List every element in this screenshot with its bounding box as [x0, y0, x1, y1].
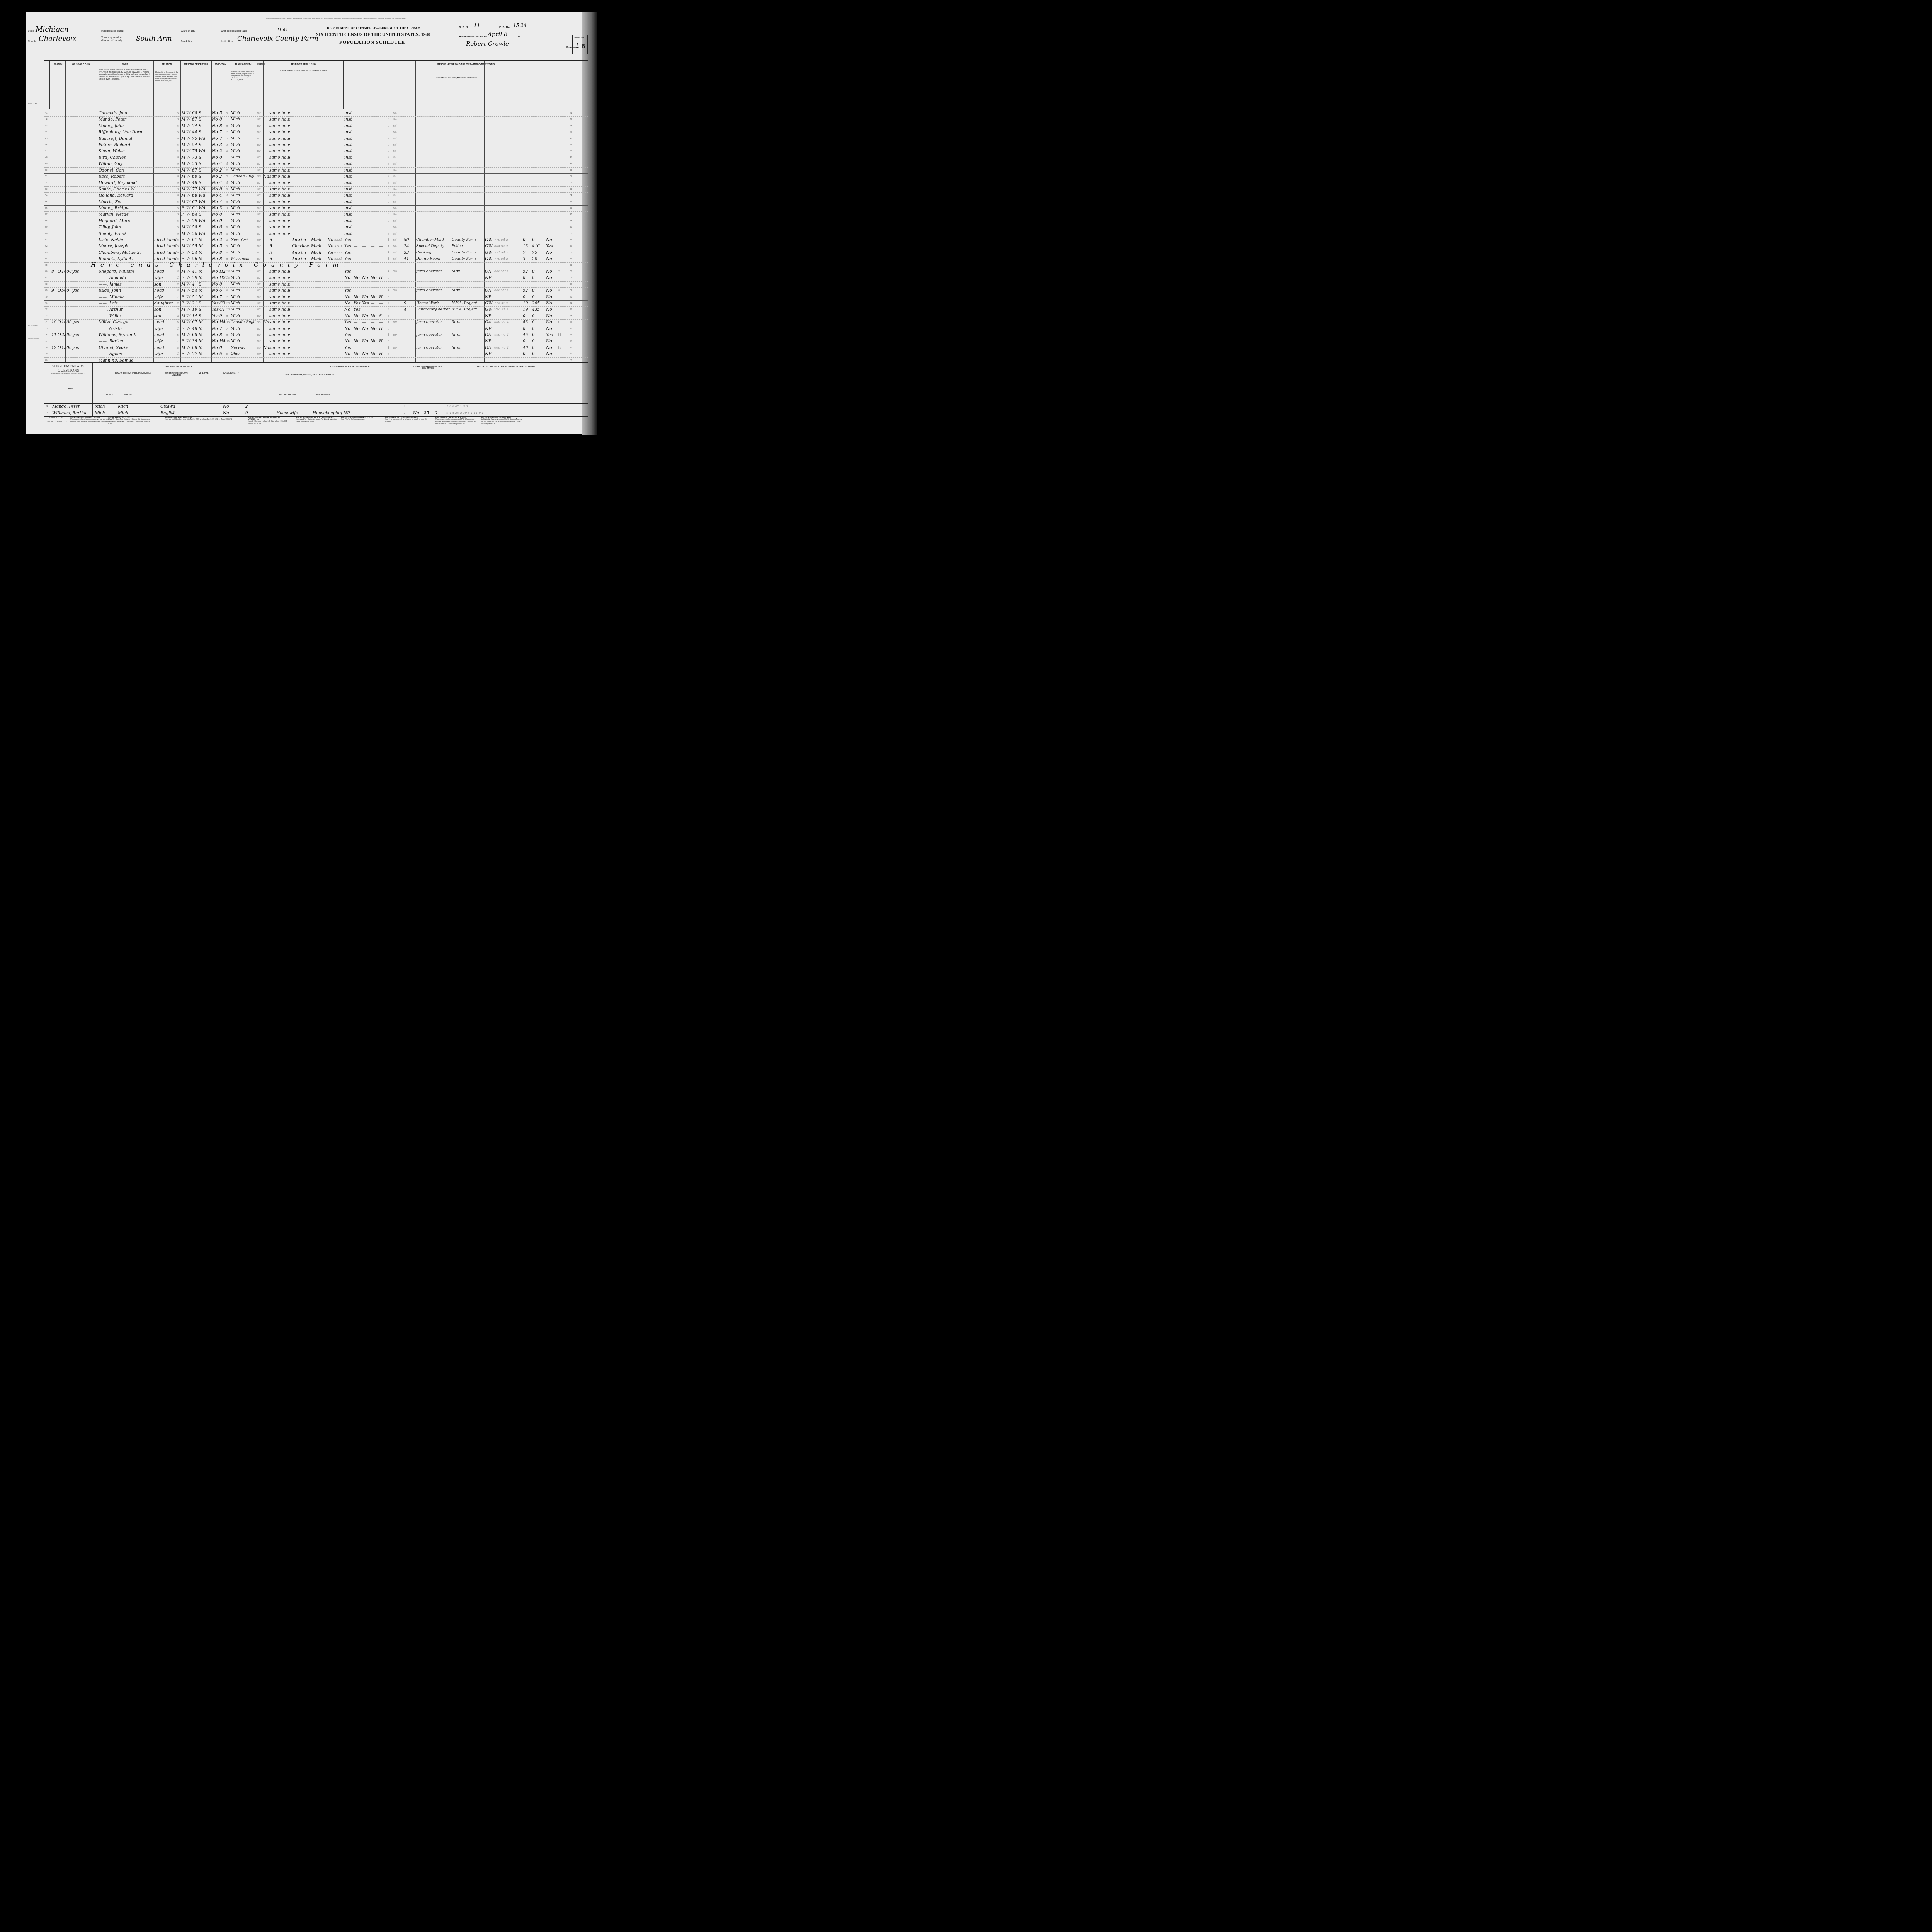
at-work: inst: [344, 155, 353, 161]
code-b: 8: [226, 313, 230, 319]
code-a: 9: [177, 186, 180, 192]
age: 61: [192, 237, 198, 243]
weeks-worked: [523, 192, 531, 199]
code-e: 9: [388, 136, 391, 142]
supp-social-security: No: [223, 403, 231, 410]
weeks-worked: 0: [523, 275, 531, 281]
citizenship: Na: [263, 173, 269, 180]
line-number-right: 65: [570, 262, 576, 269]
code-c: 55: [257, 173, 262, 180]
grade-completed: 7: [219, 326, 226, 332]
residence-city: R: [269, 237, 290, 243]
class-of-worker: GW: [485, 300, 493, 306]
relation: [154, 136, 177, 142]
farm-schedule: 11: [558, 332, 565, 338]
activity-code: [379, 262, 387, 269]
seeking-work: [362, 148, 370, 154]
line-number-right: 47: [570, 148, 576, 154]
note-body: Enter age of children born on or after A…: [165, 418, 242, 420]
at-work: Yes: [344, 250, 353, 256]
person-name: Chambers, Mattie S.: [99, 250, 153, 256]
activity-code: H: [379, 338, 387, 344]
grade-completed: 6: [219, 287, 226, 294]
code-d: X501: [334, 243, 344, 249]
farm-residence: [72, 142, 79, 148]
emergency-work: No: [354, 326, 361, 332]
residence-county: [292, 306, 310, 313]
line-number: 73: [45, 313, 50, 319]
occupation: [416, 110, 451, 116]
table-row: 79——, Agneswife1FW77MNo66Ohio59same hous…: [44, 351, 588, 357]
sex: M: [181, 332, 186, 338]
relation: [154, 205, 177, 211]
code-b: 7: [226, 326, 230, 332]
sex: M: [181, 180, 186, 186]
farm-residence: yes: [72, 319, 79, 325]
code-d: [334, 218, 344, 224]
code-d: [334, 136, 344, 142]
occupation-code: [494, 211, 521, 218]
weeks-worked: [523, 110, 531, 116]
race: W: [186, 173, 192, 180]
sheet-number-box: Sheet No. 1 B: [572, 35, 588, 54]
table-row: 68——, Jamesson2MW4SNo0Mich62same house68: [44, 281, 588, 287]
residence-state: [311, 275, 327, 281]
has-job: [371, 129, 378, 135]
activity-code: S: [379, 313, 387, 319]
school-attendance: No: [212, 294, 219, 300]
supp-class-of-worker: [344, 403, 352, 410]
weeks-seeking: [404, 224, 413, 230]
code-d: [334, 287, 344, 294]
age: 67: [192, 167, 198, 173]
table-row: 7611O2800yesWilliams, Myron J.head0MW68M…: [44, 332, 588, 338]
code-e: 1: [388, 243, 391, 249]
class-of-worker: [485, 262, 493, 269]
home-value: [61, 250, 72, 256]
line-number: 51: [45, 173, 50, 180]
birthplace: Mich: [231, 306, 256, 313]
home-value: 2800: [61, 332, 72, 338]
seeking-work: [362, 231, 370, 237]
line-number: 44: [45, 129, 50, 135]
hours-worked: [393, 351, 402, 357]
other-income: [546, 231, 557, 237]
hours-worked: 04: [393, 167, 402, 173]
race: W: [186, 300, 192, 306]
grade-completed: 3: [219, 205, 226, 211]
weeks-seeking: 33: [404, 250, 413, 256]
grade-completed: 7: [219, 136, 226, 142]
residence-county: [292, 287, 310, 294]
wage-income: [532, 129, 545, 135]
relation: hired hand: [154, 237, 177, 243]
code-a: 9: [177, 211, 180, 218]
school-attendance: No: [212, 199, 219, 205]
code-e: 9: [388, 110, 391, 116]
supp-usual-ind-header: USUAL INDUSTRY: [315, 394, 330, 396]
residence-farm: [327, 294, 333, 300]
industry: [452, 262, 484, 269]
industry: [452, 224, 484, 230]
home-value: 500: [61, 287, 72, 294]
activity-code: [379, 136, 387, 142]
activity-code: [379, 173, 387, 180]
house-number: [51, 192, 57, 199]
other-income: No: [546, 256, 557, 262]
person-name: Tilley, John: [99, 224, 153, 230]
citizenship: [263, 250, 269, 256]
has-job: No: [371, 294, 378, 300]
owned-rented: [58, 148, 61, 154]
at-work: inst: [344, 161, 353, 167]
home-value: 1000: [61, 319, 72, 325]
table-row: 62Moore, Josephhired hand9MW55MNo55Mich6…: [44, 243, 588, 249]
has-job: [371, 110, 378, 116]
code-a: 1: [177, 326, 180, 332]
occupation-code: [494, 123, 521, 129]
seeking-work: —: [362, 243, 370, 249]
at-work: inst: [344, 211, 353, 218]
citizenship: [263, 218, 269, 224]
age: 41: [192, 269, 198, 275]
occupation-code: [494, 161, 521, 167]
residence-farm: [327, 345, 333, 351]
at-work: inst: [344, 129, 353, 135]
birthplace: Mich: [231, 148, 256, 154]
code-e: 9: [388, 205, 391, 211]
residence-farm: [327, 161, 333, 167]
occupation: [416, 116, 451, 122]
county-label: County: [28, 40, 36, 43]
supp-group-office-use: FOR OFFICE USE ONLY—DO NOT WRITE IN THES…: [477, 366, 535, 368]
at-work: inst: [344, 205, 353, 211]
farm-residence: [72, 313, 79, 319]
home-value: [61, 326, 72, 332]
residence-state: [311, 136, 327, 142]
school-attendance: No: [212, 110, 219, 116]
house-number: [51, 338, 57, 344]
house-number: [51, 136, 57, 142]
person-name: ——, Willis: [99, 313, 153, 319]
farm-residence: [72, 294, 79, 300]
line-number-right: 56: [570, 205, 576, 211]
house-number: [51, 250, 57, 256]
seeking-work: [362, 224, 370, 230]
code-e: 5: [388, 275, 391, 281]
home-value: [61, 224, 72, 230]
farm-schedule: 8: [558, 269, 565, 275]
sex: F: [181, 294, 186, 300]
industry: N.Y.A. Project: [452, 300, 484, 306]
citizenship: [263, 161, 269, 167]
sex: M: [181, 287, 186, 294]
supp-father-birthplace: Mich: [95, 410, 116, 416]
code-c: 62: [257, 161, 262, 167]
school-attendance: No: [212, 148, 219, 154]
birthplace: Mich: [231, 167, 256, 173]
sex: M: [181, 110, 186, 116]
code-a: 9: [177, 199, 180, 205]
age: 54: [192, 287, 198, 294]
marital-status: S: [199, 142, 206, 148]
residence-county: [292, 218, 310, 224]
supp-mother-tongue: English: [160, 410, 187, 416]
citizenship: [263, 155, 269, 161]
code-a: 9: [177, 173, 180, 180]
residence-state: [311, 211, 327, 218]
code-c: 62: [257, 313, 262, 319]
code-c: 62: [257, 281, 262, 287]
code-e: 9: [388, 167, 391, 173]
birthplace: Mich: [231, 326, 256, 332]
farm-schedule: [558, 180, 565, 186]
person-name: Mando, Peter: [99, 116, 153, 122]
farm-schedule: 9: [558, 287, 565, 294]
emergency-work: —: [354, 269, 361, 275]
code-b: 5: [226, 110, 230, 116]
owned-rented: [58, 123, 61, 129]
home-value: [61, 199, 72, 205]
wage-income: [532, 173, 545, 180]
activity-code: —: [379, 250, 387, 256]
weeks-seeking: [404, 287, 413, 294]
person-name: ——, Minnie: [99, 294, 153, 300]
school-attendance: No: [212, 231, 219, 237]
birthplace: Mich: [231, 269, 256, 275]
age: 61: [192, 205, 198, 211]
farm-schedule: [558, 237, 565, 243]
other-income: No: [546, 338, 557, 344]
residence-farm: [327, 211, 333, 218]
residence-county: [292, 326, 310, 332]
seeking-work: [362, 262, 370, 269]
farm-residence: [72, 161, 79, 167]
supp-name-header: NAME: [68, 388, 73, 389]
code-c: 62: [257, 287, 262, 294]
table-row: 59Tilley, John9MW58SNo66Mich62same house…: [44, 224, 588, 230]
residence-county: [292, 142, 310, 148]
line-no-header: [44, 61, 50, 109]
occupation: farm operator: [416, 269, 451, 275]
residence-city: same house: [269, 180, 290, 186]
occupation-code: [494, 275, 521, 281]
farm-schedule: [558, 218, 565, 224]
owned-rented: [58, 250, 61, 256]
owned-rented: [58, 211, 61, 218]
line-number-right: 41: [570, 110, 576, 116]
code-d: [334, 116, 344, 122]
supp-married-more-than-once: No: [413, 410, 423, 416]
emergency-work: No: [354, 351, 361, 357]
relation: [154, 211, 177, 218]
code-a: 9: [177, 167, 180, 173]
code-e: 9: [388, 211, 391, 218]
table-row: 58Hoguard, Mary9FW79WdNo0Mich62same hous…: [44, 218, 588, 224]
code-a: 9: [177, 205, 180, 211]
sex: M: [181, 319, 186, 325]
code-c: 62: [257, 338, 262, 344]
table-row: 47Sloan, Walas9MW75WdNo22Mich62same hous…: [44, 148, 588, 154]
house-number: [51, 256, 57, 262]
school-attendance: No: [212, 237, 219, 243]
farm-residence: [72, 300, 79, 306]
marital-status: M: [199, 345, 206, 351]
other-income: No: [546, 319, 557, 325]
person-name: Shepard, William: [99, 269, 153, 275]
wage-income: [532, 136, 545, 142]
class-of-worker: [485, 199, 493, 205]
class-of-worker: GW: [485, 243, 493, 249]
residence-county: [292, 116, 310, 122]
owned-rented: [58, 116, 61, 122]
table-row: 49Wilbur, Guy9MW53SNo44Mich62same housei…: [44, 161, 588, 167]
has-job: [371, 116, 378, 122]
code-e: 9: [388, 148, 391, 154]
line-number: 46: [45, 142, 50, 148]
grade-completed: 2: [219, 148, 226, 154]
at-work: No: [344, 338, 353, 344]
institution-value: Charlevoix County Farm: [237, 35, 318, 43]
wage-income: [532, 161, 545, 167]
other-income: [546, 262, 557, 269]
age: 68: [192, 332, 198, 338]
occupation-code: [494, 116, 521, 122]
block-label: Block No.: [181, 40, 192, 43]
weeks-worked: 19: [523, 300, 531, 306]
code-a: 1: [177, 294, 180, 300]
code-c: 62: [257, 142, 262, 148]
home-value: [61, 218, 72, 224]
residence-city: same house: [269, 326, 290, 332]
residence-county: [292, 167, 310, 173]
other-income: [546, 110, 557, 116]
supp-row: 42Mando, PeterMichMichOttawaNo212 3 6 67…: [44, 403, 588, 410]
weeks-worked: [523, 116, 531, 122]
owned-rented: [58, 338, 61, 344]
age: 77: [192, 186, 198, 192]
code-d: [334, 326, 344, 332]
code-b: 10: [226, 269, 230, 275]
supp-name: Williams, Bertha: [52, 410, 91, 416]
class-of-worker: GW: [485, 237, 493, 243]
birthplace: Canada English: [231, 173, 256, 180]
person-name: Odonel, Con: [99, 167, 153, 173]
farm-residence: [72, 338, 79, 344]
marital-status: M: [199, 338, 206, 344]
weeks-seeking: [404, 338, 413, 344]
activity-code: [379, 205, 387, 211]
residence-city: same house: [269, 281, 290, 287]
header-employment-status: PERSONS 14 YEARS OLD AND OVER—EMPLOYMENT…: [344, 61, 588, 109]
farm-schedule: [558, 224, 565, 230]
residence-state: [311, 205, 327, 211]
at-work: inst: [344, 218, 353, 224]
note-heading: Col. 14. HIGHEST GRADE OF SCHOOL COMPLET…: [248, 416, 291, 420]
code-d: [334, 192, 344, 199]
occupation: [416, 186, 451, 192]
wage-income: 0: [532, 351, 545, 357]
at-work: inst: [344, 136, 353, 142]
line-number: 56: [45, 205, 50, 211]
class-of-worker: NP: [485, 275, 493, 281]
occupation-code: 770 94 2: [494, 256, 521, 262]
hours-worked: 04: [393, 224, 402, 230]
house-number: [51, 148, 57, 154]
emergency-work: No: [354, 294, 361, 300]
home-value: [61, 275, 72, 281]
wage-income: [532, 205, 545, 211]
owned-rented: [58, 300, 61, 306]
code-b: 2: [226, 173, 230, 180]
person-name: Bancroft, Danial: [99, 136, 153, 142]
emergency-work: [354, 180, 361, 186]
class-of-worker: NP: [485, 313, 493, 319]
code-d: 6232: [334, 250, 344, 256]
occupation-code: [494, 326, 521, 332]
activity-code: [379, 161, 387, 167]
farm-residence: [72, 129, 79, 135]
table-row: 7410O1000yesMiller, Georgehead0MW67MNoH4…: [44, 319, 588, 325]
farm-schedule: [558, 129, 565, 135]
activity-code: [379, 129, 387, 135]
supp-age-first-marriage: 25: [424, 410, 433, 416]
header-residence-1935: RESIDENCE, APRIL 1, 1935 IN WHAT PLACE D…: [263, 61, 344, 109]
home-value: [61, 155, 72, 161]
emergency-work: [354, 205, 361, 211]
code-d: [334, 110, 344, 116]
occupation: [416, 294, 451, 300]
activity-code: H: [379, 275, 387, 281]
occupation: [416, 231, 451, 237]
weeks-worked: [523, 180, 531, 186]
residence-farm: [327, 155, 333, 161]
farm-residence: [72, 262, 79, 269]
residence-state: [311, 269, 327, 275]
residence-county: [292, 155, 310, 161]
seeking-work: [362, 123, 370, 129]
code-d: [334, 129, 344, 135]
race: W: [186, 287, 192, 294]
residence-city: same house: [269, 231, 290, 237]
hours-worked: 04: [393, 148, 402, 154]
table-row: 71——, Loisdaughter2FW21SYesC315Mich62sam…: [44, 300, 588, 306]
census-title: SIXTEENTH CENSUS OF THE UNITED STATES: 1…: [316, 32, 430, 37]
other-income: [546, 218, 557, 224]
enumerator-name: Robert Crowle: [466, 40, 509, 47]
other-income: [546, 116, 557, 122]
class-of-worker: [485, 281, 493, 287]
residence-farm: [327, 148, 333, 154]
supp-usual-industry: [313, 403, 343, 410]
residence-farm: [327, 319, 333, 325]
supp-married-more-than-once: [413, 403, 423, 410]
occupation-code: 604 92 2: [494, 243, 521, 249]
code-a: 9: [177, 148, 180, 154]
marital-status: S: [199, 167, 206, 173]
at-work: Yes: [344, 269, 353, 275]
grade-completed: 0: [219, 281, 226, 287]
relation: head: [154, 319, 177, 325]
house-number: [51, 300, 57, 306]
person-name: Howard, Raymond: [99, 180, 153, 186]
code-e: 9: [388, 155, 391, 161]
table-row: 60Shenly, Frank9MW56WdNo88Mich62same hou…: [44, 231, 588, 237]
grade-completed: H4: [219, 319, 226, 325]
school-attendance: No: [212, 180, 219, 186]
marital-status: S: [199, 155, 206, 161]
line-number-right: 46: [570, 142, 576, 148]
